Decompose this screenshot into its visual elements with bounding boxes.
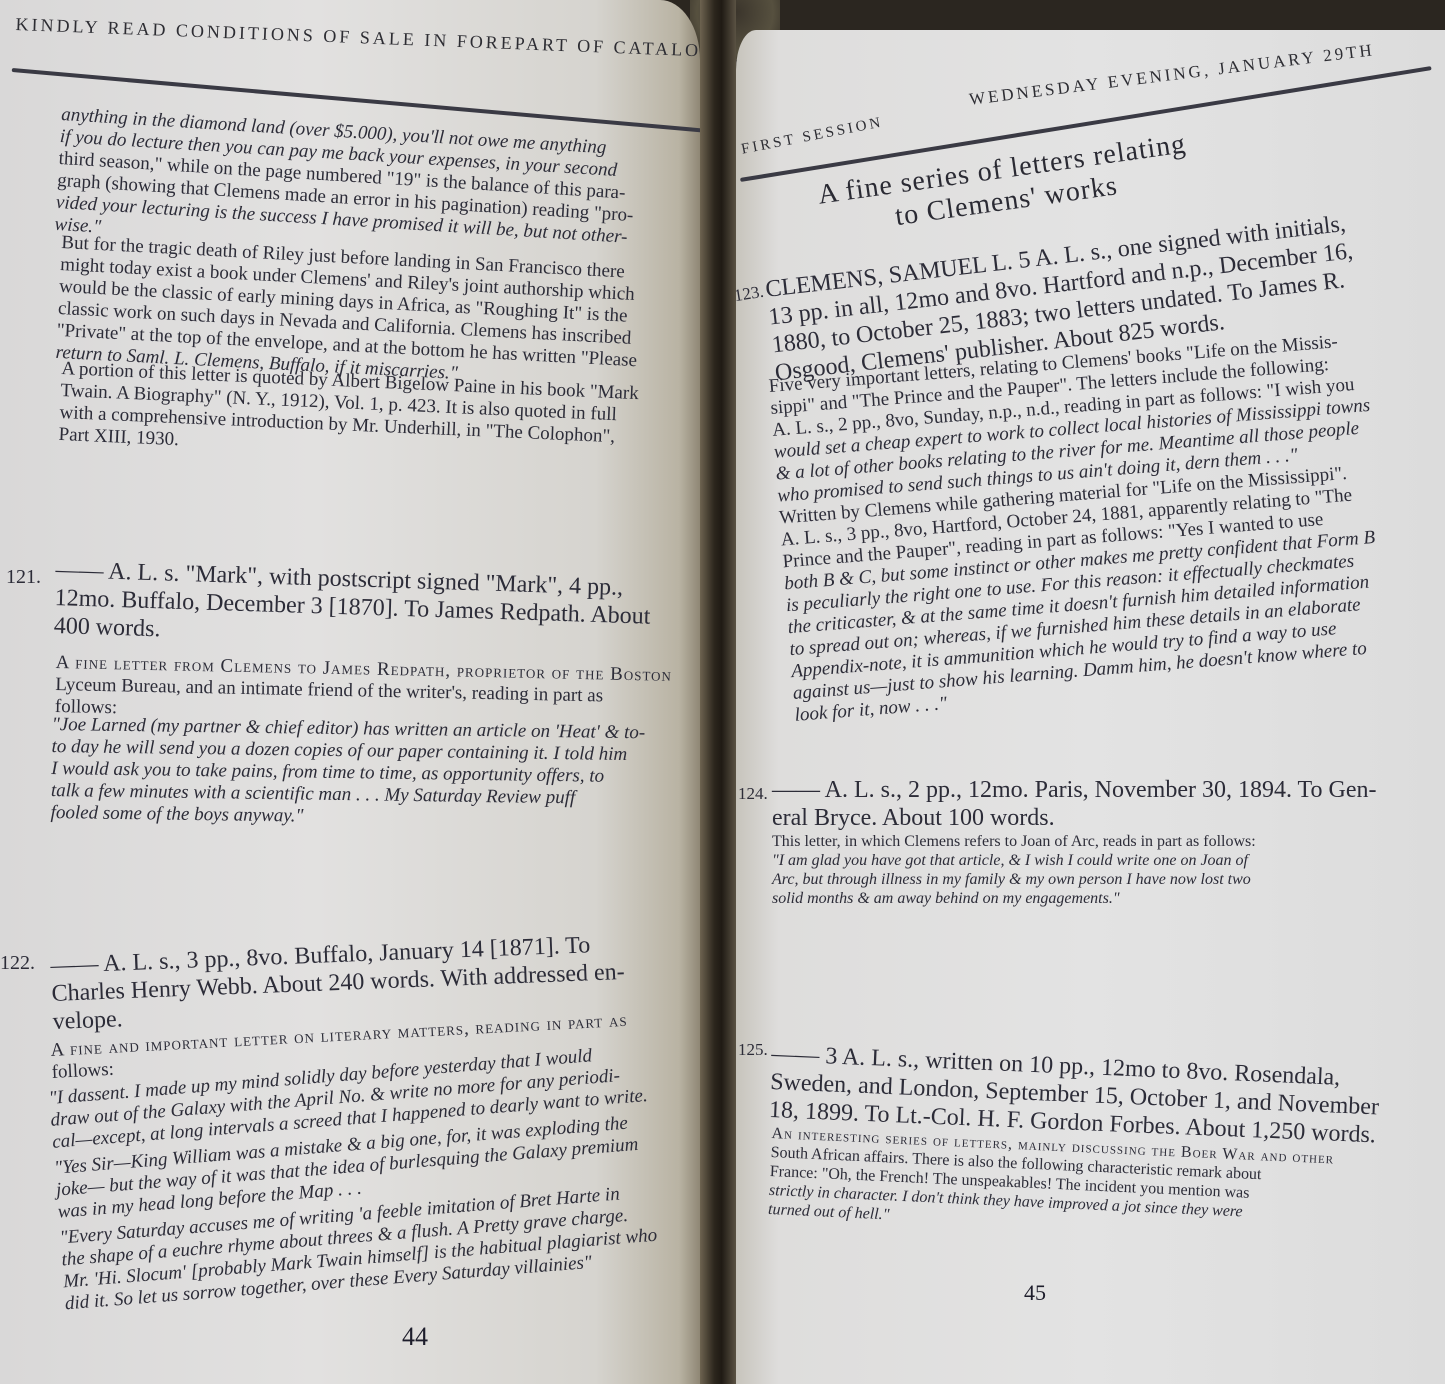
left-running-head: Kindly read conditions of sale in forepa… (15, 14, 700, 62)
lot-number-125: 125. (738, 1040, 768, 1060)
page-number-45: 45 (1024, 1280, 1046, 1306)
text-line: "I am glad you have got that article, & … (772, 851, 1256, 870)
section-heading: A fine series of letters relating to Cle… (816, 128, 1193, 243)
right-running-head-date: Wednesday evening, January 29th (968, 40, 1376, 110)
lot-number-121: 121. (6, 566, 41, 589)
lot-124-title: —— A. L. s., 2 pp., 12mo. Paris, Novembe… (772, 776, 1377, 832)
lot-number-122: 122. (0, 952, 35, 975)
text-line: Arc, but through illness in my family & … (772, 870, 1256, 889)
lot-122-quote: "I dassent. I made up my mind solidly da… (48, 1041, 661, 1315)
lot-121-quote: "Joe Larned (my partner & chief editor) … (50, 714, 645, 832)
text-line: —— A. L. s., 2 pp., 12mo. Paris, Novembe… (772, 776, 1377, 804)
right-page: First session Wednesday evening, January… (736, 30, 1445, 1384)
left-page: Kindly read conditions of sale in forepa… (0, 0, 700, 1384)
lot-number-123: 123. (736, 282, 765, 306)
lot-124-description: This letter, in which Clemens refers to … (772, 832, 1256, 908)
text-line: This letter, in which Clemens refers to … (772, 832, 1256, 851)
lot-121-title: —— A. L. s. "Mark", with postscript sign… (53, 556, 651, 659)
right-running-head-session: First session (740, 114, 885, 158)
text-line: eral Bryce. About 100 words. (772, 804, 1377, 832)
lot-number-124: 124. (738, 784, 768, 804)
book-gutter (700, 0, 736, 1384)
lot-123-description: Five very important letters, relating to… (768, 329, 1392, 727)
text-line: solid months & am away behind on my enga… (772, 889, 1256, 908)
page-number-44: 44 (402, 1322, 428, 1352)
